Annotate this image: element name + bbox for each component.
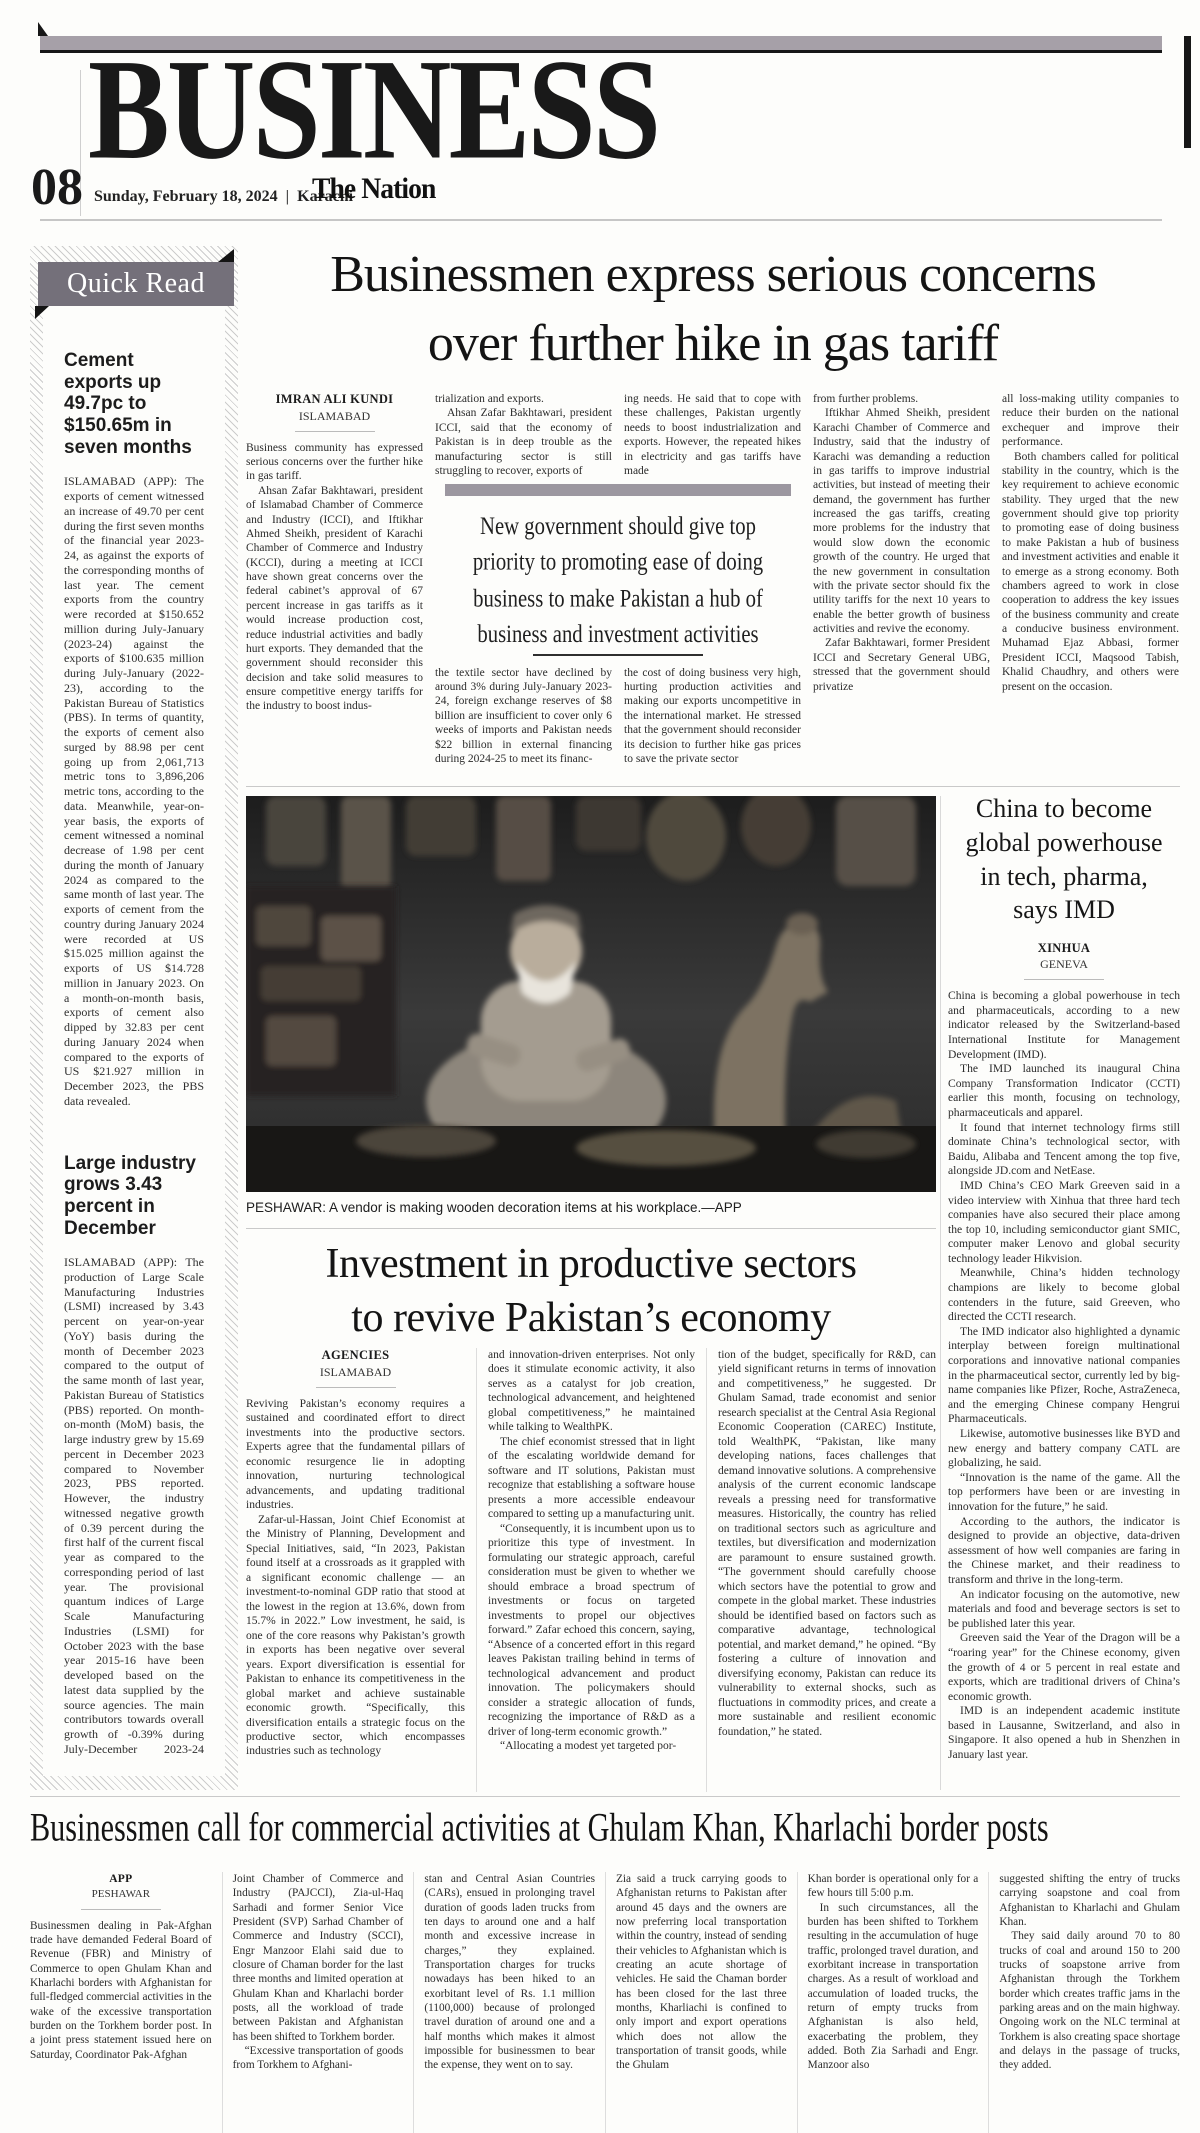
lead-headline: Businessmen express serious concerns ove… bbox=[246, 240, 1180, 378]
border-byline-name: APP bbox=[30, 1872, 212, 1887]
economy-col-2: and innovation-driven enterprises. Not o… bbox=[476, 1348, 706, 1792]
lead-col-1: IMRAN ALI KUNDI ISLAMABAD Business commu… bbox=[246, 392, 423, 780]
china-column-divider bbox=[940, 796, 941, 1790]
border-byline-location: PESHAWAR bbox=[30, 1888, 212, 1902]
lead-headline-line-2: over further hike in gas tariff bbox=[246, 309, 1180, 378]
quick-read-banner: Quick Read bbox=[38, 262, 234, 306]
lead-paragraph: the textile sector have declined by arou… bbox=[435, 666, 612, 767]
quick-read-body-1: ISLAMABAD (APP): The exports of cement w… bbox=[64, 474, 204, 1108]
economy-byline: AGENCIES ISLAMABAD bbox=[246, 1348, 465, 1388]
china-byline-location: GENEVA bbox=[948, 957, 1180, 972]
china-headline-line-1: China to become bbox=[948, 792, 1180, 826]
lead-paragraph: Ahsan Zafar Bakhtawari, president ICCI, … bbox=[435, 406, 612, 478]
economy-byline-location: ISLAMABAD bbox=[246, 1365, 465, 1380]
border-col-4: Zia said a truck carrying goods to Afgha… bbox=[605, 1872, 797, 2133]
economy-paragraph: tion of the budget, specifically for R&D… bbox=[718, 1348, 936, 1739]
pull-quote-rule bbox=[533, 654, 703, 656]
economy-paragraph: The chief economist stressed that in lig… bbox=[488, 1435, 695, 1522]
china-paragraph: The IMD launched its inaugural China Com… bbox=[948, 1062, 1180, 1120]
date-text: Sunday, February 18, 2024 bbox=[94, 188, 278, 205]
topbar-notch bbox=[38, 22, 48, 36]
economy-col-1: AGENCIES ISLAMABAD Reviving Pakistan’s e… bbox=[246, 1348, 476, 1792]
china-paragraph: IMD China’s CEO Mark Greeven said in a v… bbox=[948, 1179, 1180, 1267]
economy-paragraph: Reviving Pakistan’s economy requires a s… bbox=[246, 1397, 465, 1513]
masthead-rule bbox=[40, 219, 1162, 221]
border-col-2: Joint Chamber of Commerce and Industry (… bbox=[222, 1872, 414, 2133]
quick-read-headline-2: Large industry grows 3.43 percent in Dec… bbox=[64, 1153, 204, 1240]
lead-paragraph: Zafar Bakhtawari, former President ICCI … bbox=[813, 636, 990, 694]
photo-caption: PESHAWAR: A vendor is making wooden deco… bbox=[246, 1200, 936, 1215]
lead-middle-top: trialization and exports. Ahsan Zafar Ba… bbox=[435, 392, 801, 478]
border-story-columns: APP PESHAWAR Businessmen dealing in Pak-… bbox=[30, 1872, 1180, 2133]
quick-read-body-2: ISLAMABAD (APP): The production of Large… bbox=[64, 1255, 204, 1758]
section-masthead: BUSINESS bbox=[88, 42, 658, 179]
china-headline-line-4: says IMD bbox=[948, 893, 1180, 927]
divider-under-lead bbox=[246, 786, 1180, 787]
lead-col-2-bottom: the textile sector have declined by arou… bbox=[435, 666, 612, 767]
quick-read-content: Cement exports up 49.7pc to $150.65m in … bbox=[64, 338, 204, 1758]
economy-headline-line-2: to revive Pakistan’s economy bbox=[246, 1292, 936, 1346]
lead-paragraph: trialization and exports. bbox=[435, 392, 612, 406]
border-story-headline: Businessmen call for commercial activiti… bbox=[30, 1801, 996, 1853]
lead-col-5: all loss-making utility companies to red… bbox=[1002, 392, 1179, 780]
border-byline: APP PESHAWAR bbox=[30, 1872, 212, 1910]
news-photo bbox=[246, 796, 936, 1192]
china-story: China to become global powerhouse in tec… bbox=[948, 792, 1180, 1790]
lead-middle-bottom: the textile sector have declined by arou… bbox=[435, 666, 801, 767]
lead-col-2-top: trialization and exports. Ahsan Zafar Ba… bbox=[435, 392, 612, 478]
china-body: China is becoming a global powerhouse in… bbox=[948, 989, 1180, 1762]
divider-above-bottom-story bbox=[30, 1796, 1180, 1797]
quick-read-headline-1: Cement exports up 49.7pc to $150.65m in … bbox=[64, 350, 204, 458]
lead-col-3-top: ing needs. He said that to cope with the… bbox=[624, 392, 801, 478]
china-paragraph: IMD is an independent academic institute… bbox=[948, 1704, 1180, 1762]
border-paragraph: In such circumstances, all the burden ha… bbox=[808, 1901, 979, 2073]
china-paragraph: It found that internet technology firms … bbox=[948, 1121, 1180, 1179]
border-paragraph: “Excessive transportation of goods from … bbox=[233, 2044, 404, 2073]
china-paragraph: China is becoming a global powerhouse in… bbox=[948, 989, 1180, 1062]
china-byline-name: XINHUA bbox=[948, 941, 1180, 956]
china-headline-line-2: global powerhouse bbox=[948, 826, 1180, 860]
china-paragraph: The IMD indicator also highlighted a dyn… bbox=[948, 1325, 1180, 1427]
china-paragraph: Meanwhile, China’s hidden technology cha… bbox=[948, 1266, 1180, 1324]
economy-col-3: tion of the budget, specifically for R&D… bbox=[706, 1348, 936, 1792]
china-paragraph: According to the authors, the indicator … bbox=[948, 1515, 1180, 1588]
border-paragraph: suggested shifting the entry of trucks c… bbox=[999, 1872, 1180, 1929]
china-paragraph: “Innovation is the name of the game. All… bbox=[948, 1471, 1180, 1515]
lead-paragraph: the cost of doing business very high, hu… bbox=[624, 666, 801, 767]
lead-byline: IMRAN ALI KUNDI ISLAMABAD bbox=[246, 392, 423, 432]
divider-under-caption bbox=[246, 1228, 936, 1229]
pull-quote: New government should give top priority … bbox=[437, 484, 799, 655]
china-paragraph: An indicator focusing on the automotive,… bbox=[948, 1588, 1180, 1632]
economy-paragraph: “Allocating a modest yet targeted por- bbox=[488, 1739, 695, 1753]
lead-col-3-bottom: the cost of doing business very high, hu… bbox=[624, 666, 801, 767]
border-paragraph: Joint Chamber of Commerce and Industry (… bbox=[233, 1872, 404, 2044]
quick-read-inner: Cement exports up 49.7pc to $150.65m in … bbox=[43, 262, 225, 1776]
china-paragraph: Likewise, automotive businesses like BYD… bbox=[948, 1427, 1180, 1471]
pull-quote-bar bbox=[445, 484, 791, 496]
pull-quote-text: New government should give top priority … bbox=[455, 508, 781, 652]
ribbon-fold-top-right bbox=[218, 249, 234, 262]
lead-story-columns: IMRAN ALI KUNDI ISLAMABAD Business commu… bbox=[246, 392, 1180, 780]
newspaper-page: BUSINESS 08 Sunday, February 18, 2024|Ka… bbox=[0, 0, 1200, 2133]
lead-paragraph: from further problems. bbox=[813, 392, 990, 406]
border-col-3: stan and Central Asian Countries (CARs),… bbox=[413, 1872, 605, 2133]
quick-read-box: Cement exports up 49.7pc to $150.65m in … bbox=[30, 246, 238, 1790]
lead-headline-line-1: Businessmen express serious concerns bbox=[246, 240, 1180, 309]
quick-read-title: Quick Read bbox=[67, 268, 205, 300]
china-headline: China to become global powerhouse in tec… bbox=[948, 792, 1180, 927]
lead-col-4: from further problems. Iftikhar Ahmed Sh… bbox=[813, 392, 990, 780]
paper-logo: The Nation bbox=[312, 174, 435, 204]
page-number: 08 bbox=[31, 162, 83, 214]
lead-paragraph: Both chambers called for political stabi… bbox=[1002, 450, 1179, 694]
lead-paragraph: ing needs. He said that to cope with the… bbox=[624, 392, 801, 478]
lead-col-middle: trialization and exports. Ahsan Zafar Ba… bbox=[435, 392, 801, 780]
economy-byline-name: AGENCIES bbox=[246, 1348, 465, 1364]
border-paragraph: stan and Central Asian Countries (CARs),… bbox=[424, 1872, 595, 2073]
economy-headline: Investment in productive sectors to revi… bbox=[246, 1238, 936, 1346]
china-paragraph: Greeven said the Year of the Dragon will… bbox=[948, 1631, 1180, 1704]
lead-paragraph: all loss-making utility companies to red… bbox=[1002, 392, 1179, 450]
topbar-right-fold bbox=[1184, 36, 1191, 148]
border-paragraph: Khan border is operational only for a fe… bbox=[808, 1872, 979, 1901]
economy-paragraph: and innovation-driven enterprises. Not o… bbox=[488, 1348, 695, 1435]
border-paragraph: Businessmen dealing in Pak-Afghan trade … bbox=[30, 1919, 212, 2062]
economy-headline-line-1: Investment in productive sectors bbox=[246, 1238, 936, 1292]
china-byline: XINHUA GENEVA bbox=[948, 941, 1180, 980]
border-col-5: Khan border is operational only for a fe… bbox=[797, 1872, 989, 2133]
economy-paragraph: “Consequently, it is incumbent upon us t… bbox=[488, 1522, 695, 1739]
lead-byline-name: IMRAN ALI KUNDI bbox=[246, 392, 423, 408]
border-paragraph: Zia said a truck carrying goods to Afgha… bbox=[616, 1872, 787, 2073]
economy-columns: AGENCIES ISLAMABAD Reviving Pakistan’s e… bbox=[246, 1348, 936, 1792]
lead-byline-location: ISLAMABAD bbox=[246, 409, 423, 424]
china-headline-line-3: in tech, pharma, bbox=[948, 860, 1180, 894]
lead-paragraph: Iftikhar Ahmed Sheikh, president Karachi… bbox=[813, 406, 990, 636]
photo-illustration bbox=[246, 796, 936, 1192]
border-col-6: suggested shifting the entry of trucks c… bbox=[988, 1872, 1180, 2133]
border-col-1: APP PESHAWAR Businessmen dealing in Pak-… bbox=[30, 1872, 222, 2133]
economy-paragraph: Zafar-ul-Hassan, Joint Chief Economist a… bbox=[246, 1513, 465, 1759]
dateline-divider: | bbox=[286, 188, 290, 205]
lead-paragraph: Business community has expressed serious… bbox=[246, 441, 423, 484]
border-paragraph: They said daily around 70 to 80 trucks o… bbox=[999, 1929, 1180, 2072]
lead-paragraph: Ahsan Zafar Bakhtawari, president of Isl… bbox=[246, 484, 423, 714]
